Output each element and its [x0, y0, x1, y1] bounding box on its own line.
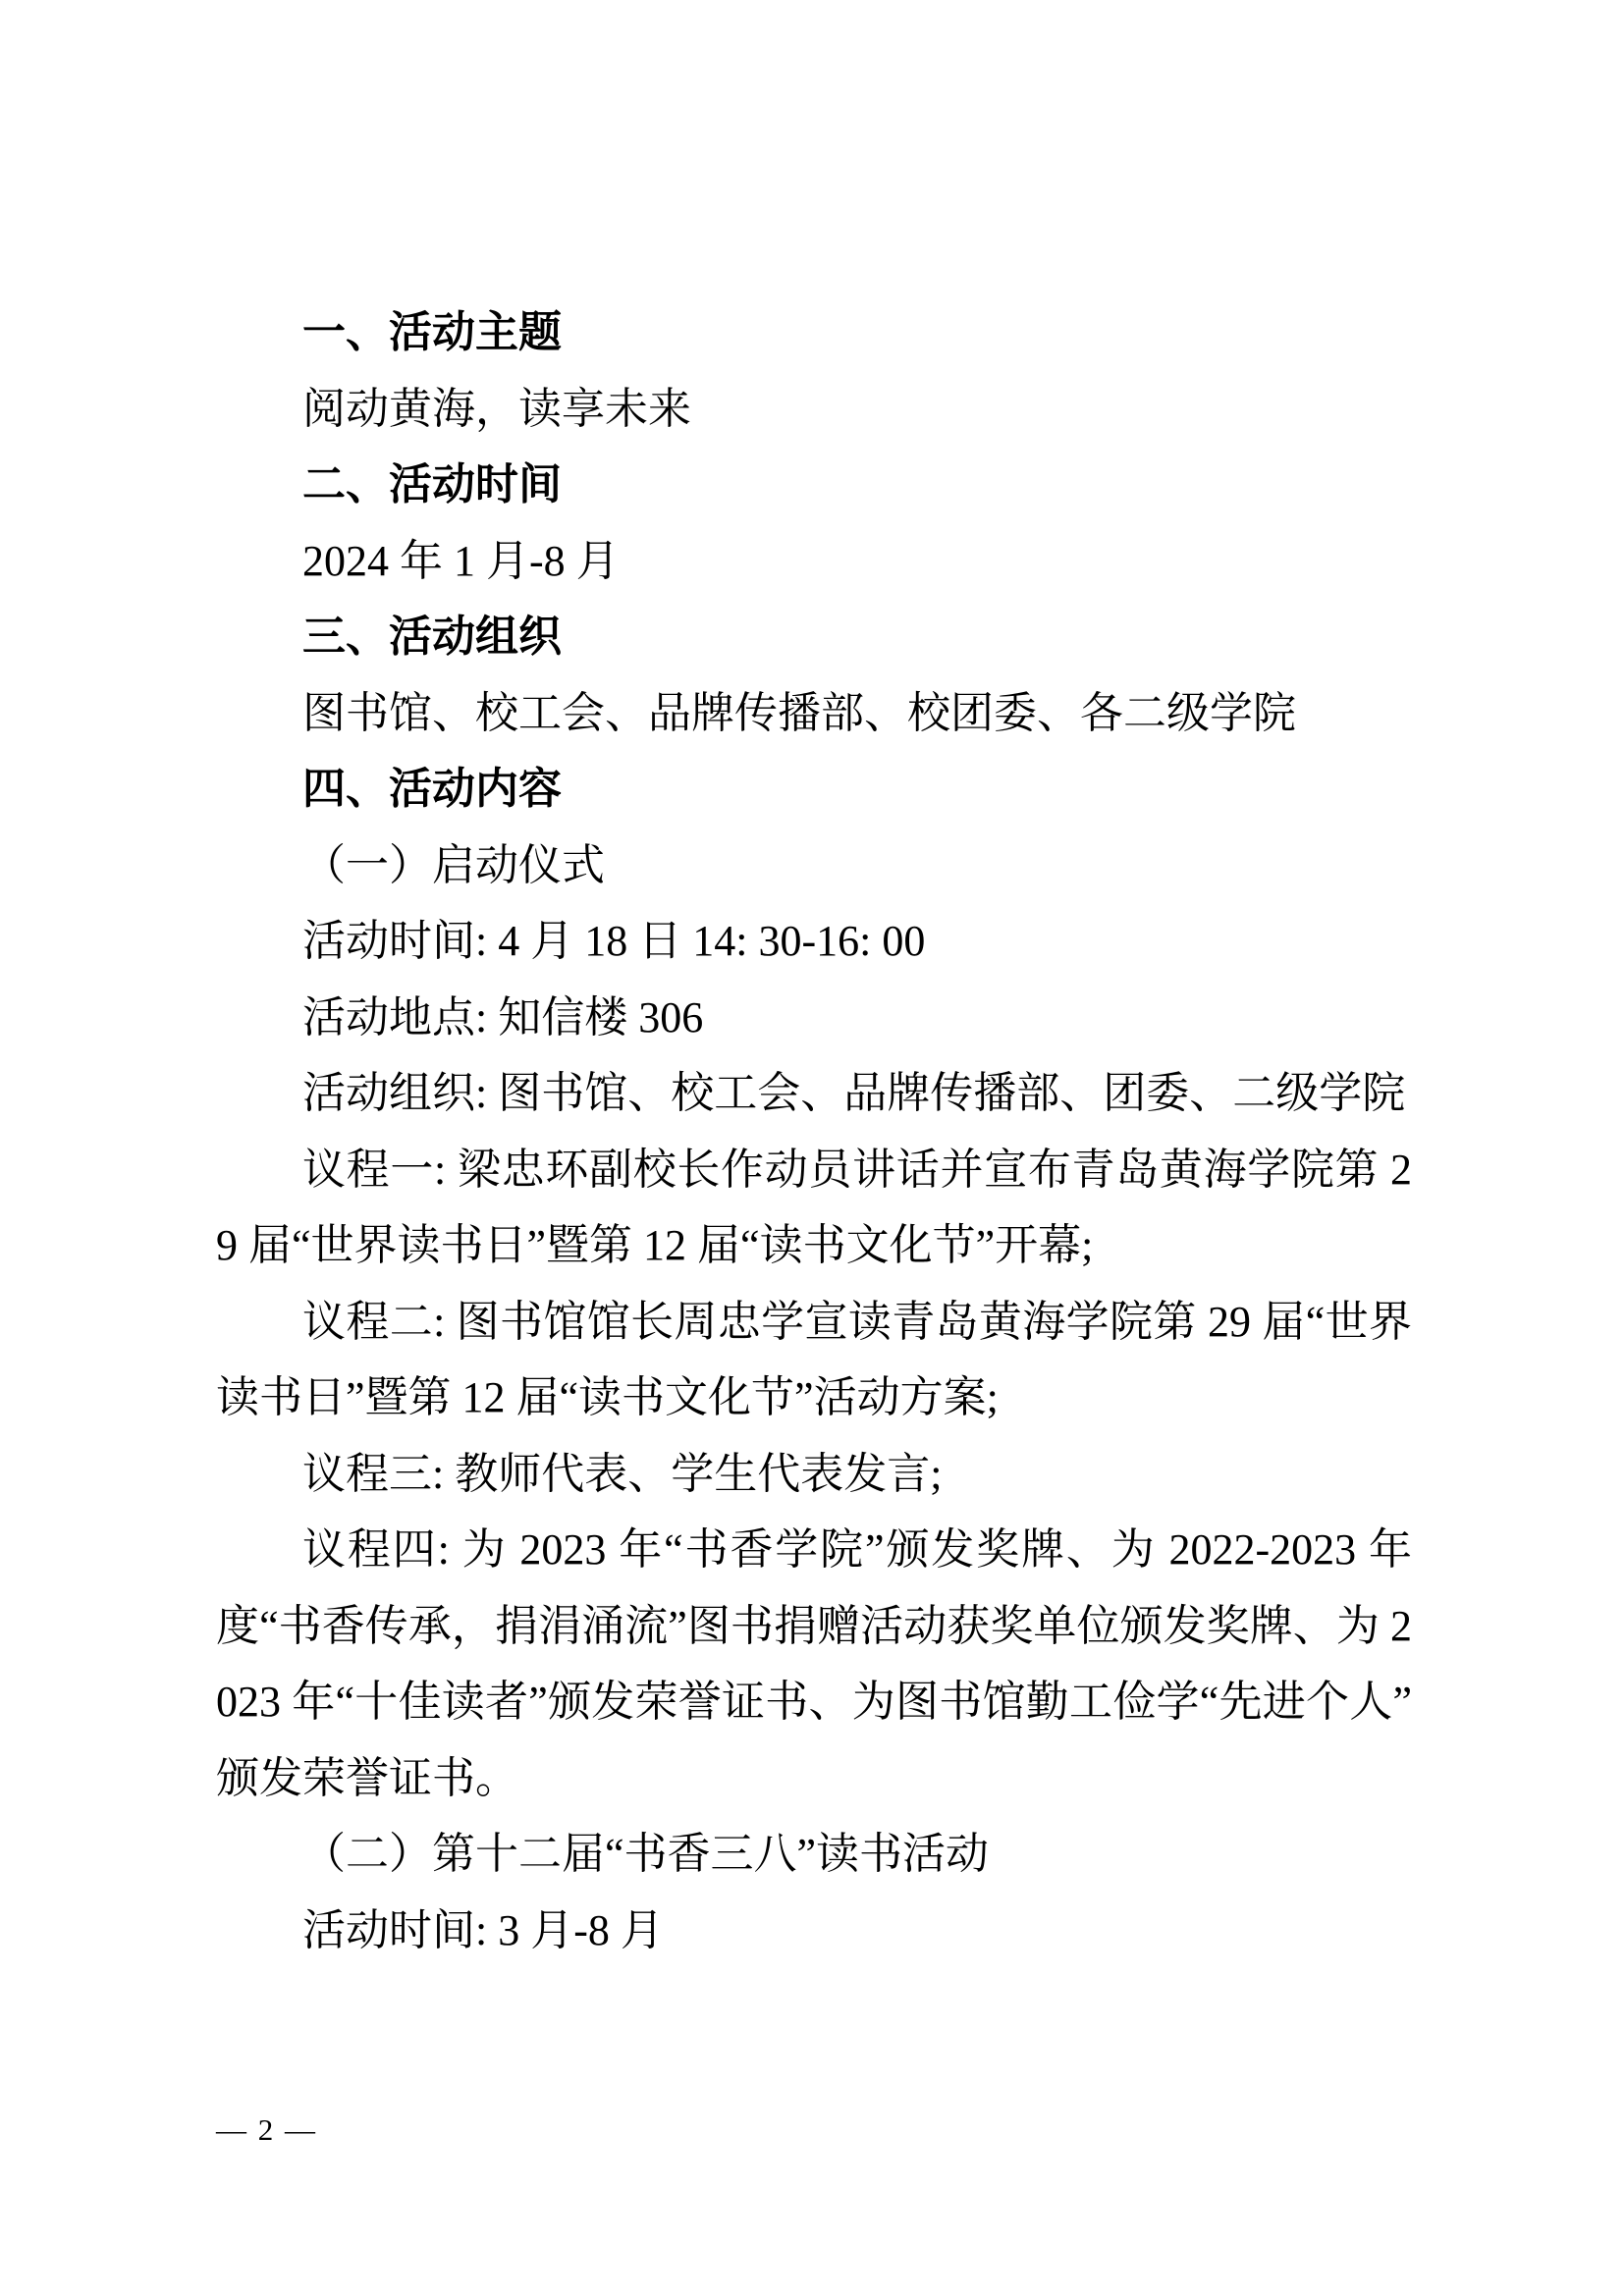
document-body: 一、活动主题阅动黄海，读享未来二、活动时间2024 年 1 月-8 月三、活动组…	[216, 294, 1412, 1968]
body-paragraph: 阅动黄海，读享未来	[216, 371, 1412, 448]
document-page: 一、活动主题阅动黄海，读享未来二、活动时间2024 年 1 月-8 月三、活动组…	[0, 0, 1624, 2296]
section-heading: 三、活动组织	[216, 599, 1412, 675]
body-paragraph: 议程一: 梁忠环副校长作动员讲话并宣布青岛黄海学院第 29 届“世界读书日”暨第…	[216, 1132, 1412, 1284]
body-paragraph: 图书馆、校工会、品牌传播部、校团委、各二级学院	[216, 675, 1412, 752]
body-paragraph: 2024 年 1 月-8 月	[216, 523, 1412, 600]
body-paragraph: 活动组织: 图书馆、校工会、品牌传播部、团委、二级学院	[216, 1055, 1412, 1132]
page-number: — 2 —	[216, 2110, 317, 2150]
body-paragraph: 议程四: 为 2023 年“书香学院”颁发奖牌、为 2022-2023 年度“书…	[216, 1512, 1412, 1816]
sub-heading: （一）启动仪式	[216, 828, 1412, 904]
body-paragraph: 活动地点: 知信楼 306	[216, 980, 1412, 1056]
section-heading: 二、活动时间	[216, 447, 1412, 523]
body-paragraph: 议程二: 图书馆馆长周忠学宣读青岛黄海学院第 29 届“世界读书日”暨第 12 …	[216, 1284, 1412, 1436]
body-paragraph: 议程三: 教师代表、学生代表发言;	[216, 1436, 1412, 1513]
section-heading: 一、活动主题	[216, 294, 1412, 371]
sub-heading: （二）第十二届“书香三八”读书活动	[216, 1816, 1412, 1893]
body-paragraph: 活动时间: 3 月-8 月	[216, 1893, 1412, 1969]
section-heading: 四、活动内容	[216, 751, 1412, 828]
body-paragraph: 活动时间: 4 月 18 日 14: 30-16: 00	[216, 903, 1412, 980]
